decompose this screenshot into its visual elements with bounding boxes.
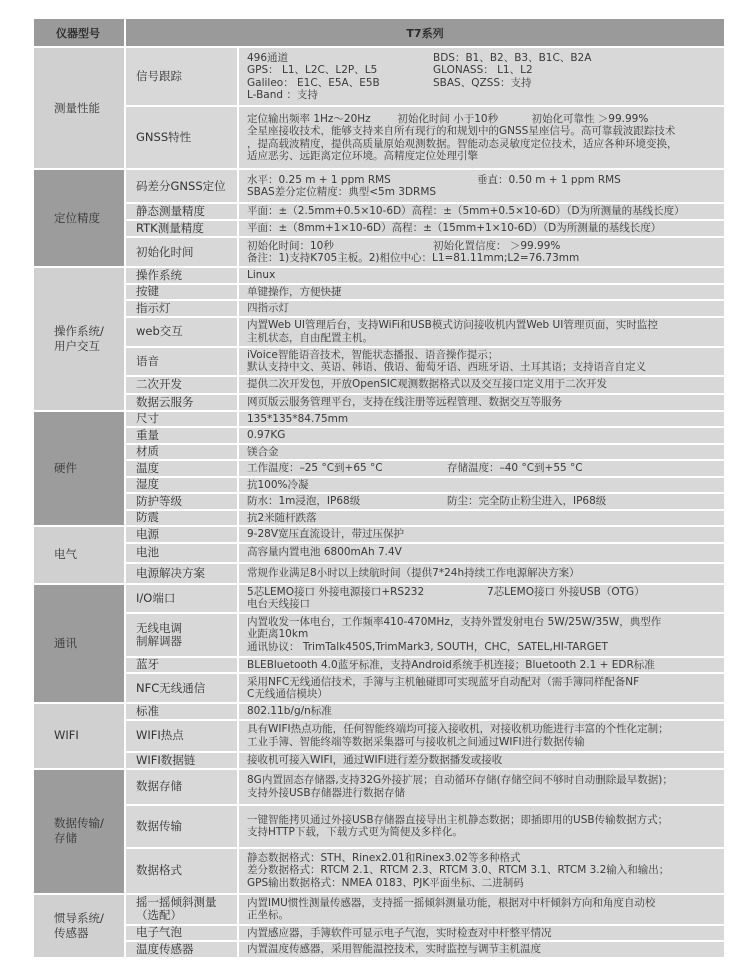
- table-row: 通讯I/O端口5芯LEMO接口 外接电源接口+RS2327芯LEMO接口 外接U…: [33, 584, 725, 613]
- table-row: 防震抗2米随杆跌落: [33, 510, 725, 527]
- table-row: 温度工作温度：–25 °C到+65 °C存储温度：–40 °C到+55 °C: [33, 460, 725, 477]
- spec-value: 135*135*84.75mm: [238, 411, 725, 428]
- spec-value-line: 定位输出频率 1Hz～20Hz 初始化时间 小于10秒 初始化可靠性 ＞99.9…: [247, 113, 718, 126]
- spec-label: 指示灯: [125, 300, 238, 317]
- spec-value: 平面：±（2.5mm+0.5×10-6D）高程：±（5mm+0.5×10-6D）…: [238, 203, 725, 220]
- table-row: 数据传输一键智能拷贝通过外接USB存储器直接导出主机静态数据；即插即用的USB传…: [33, 805, 725, 848]
- spec-value-line: 9-28V宽压直流设计，带过压保护: [247, 528, 718, 541]
- category-cell: WIFI: [33, 703, 125, 769]
- spec-value-col1: 工作温度：–25 °C到+65 °C: [247, 462, 447, 475]
- spec-label: 数据格式: [125, 848, 238, 894]
- spec-value-line: 8G内置固态存储器,支持32G外接扩展；自动循环存储(存储空间不够时自动删除最早…: [247, 774, 718, 787]
- table-row: 惯导系统/ 传感器摇一摇倾斜测量 （选配）内置IMU惯性测量传感器，支持摇一摇倾…: [33, 894, 725, 925]
- spec-value-line: L-Band ：支持: [247, 89, 718, 102]
- table-row: 测量性能信号跟踪496通道BDS：B1、B2、B3、B1C、B2AGPS： L1…: [33, 47, 725, 106]
- spec-value-line: 一键智能拷贝通过外接USB存储器直接导出主机静态数据；即插即用的USB传输数据方…: [247, 814, 718, 827]
- category-cell: 惯导系统/ 传感器: [33, 894, 125, 959]
- spec-label: I/O端口: [125, 584, 238, 613]
- spec-value-line: 单键操作，方便快捷: [247, 286, 718, 299]
- table-row: 电气电源9-28V宽压直流设计，带过压保护: [33, 526, 725, 543]
- spec-value: 高容量内置电池 6800mAh 7.4V: [238, 543, 725, 563]
- spec-value-line: 496通道BDS：B1、B2、B3、B1C、B2A: [247, 52, 718, 65]
- spec-value-line: iVoice智能语音技术，智能状态播报、语音操作提示；: [247, 349, 718, 362]
- spec-value: 初始化时间：10秒初始化置信度： ＞99.99%备注：1)支持K705主板。2)…: [238, 237, 725, 267]
- spec-value-line: 采用NFC无线通信技术，手簿与主机触碰即可实现蓝牙自动配对（需手簿同样配备NF: [247, 676, 718, 689]
- spec-value-col1: Galileo： E1C、E5A、E5B: [247, 77, 433, 90]
- spec-label: 码差分GNSS定位: [125, 169, 238, 203]
- spec-label: 语音: [125, 347, 238, 376]
- spec-value-line: 平面：±（2.5mm+0.5×10-6D）高程：±（5mm+0.5×10-6D）…: [247, 205, 718, 218]
- spec-label: 信号跟踪: [125, 47, 238, 106]
- spec-label: 数据传输: [125, 805, 238, 848]
- spec-value: 常规作业满足8小时以上续航时间（提供7*24h持续工作电源解决方案）: [238, 563, 725, 584]
- spec-value-line: 防水：1m浸泡，IP68级防尘：完全防止粉尘进入，IP68级: [247, 495, 718, 508]
- spec-value-line: 内置Web UI管理后台，支持WiFi和USB模式访问接收机内置Web UI管理…: [247, 319, 718, 332]
- spec-value-line: ，提高载波精度，提供高质量原始观测数据。智能动态灵敏度定位技术，适应各种环境变换…: [247, 138, 718, 151]
- spec-value-line: 常规作业满足8小时以上续航时间（提供7*24h持续工作电源解决方案）: [247, 567, 718, 580]
- spec-value-line: 网页版云服务管理平台，支持在线注册等远程管理、数据交互等服务: [247, 396, 718, 409]
- spec-value-line: 抗100%冷凝: [247, 479, 718, 492]
- spec-label: 温度传感器: [125, 941, 238, 958]
- spec-value-col1: 水平：0.25 m + 1 ppm RMS: [247, 174, 477, 187]
- spec-label: 电源: [125, 526, 238, 543]
- spec-value-line: 通讯协议： TrimTalk450S,TrimMark3, SOUTH，CHC，…: [247, 641, 718, 654]
- spec-label: WIFI热点: [125, 720, 238, 752]
- spec-label: 蓝牙: [125, 657, 238, 674]
- spec-value-col1: 5芯LEMO接口 外接电源接口+RS232: [247, 586, 487, 599]
- spec-label: 初始化时间: [125, 237, 238, 267]
- table-row: 二次开发提供二次开发包，开放OpenSIC观测数据格式以及交互接口定义用于二次开…: [33, 376, 725, 394]
- table-row: 电子气泡内置感应器，手簿软件可显示电子气泡，实时检查对中杆整平情况: [33, 925, 725, 942]
- spec-value-line: C无线通信模块）: [247, 688, 718, 701]
- table-row: 数据云服务网页版云服务管理平台，支持在线注册等远程管理、数据交互等服务: [33, 394, 725, 411]
- spec-value: 单键操作，方便快捷: [238, 284, 725, 301]
- spec-value-line: 镁合金: [247, 446, 718, 459]
- table-row: 数据格式静态数据格式：STH、Rinex2.01和Rinex3.02等多种格式差…: [33, 848, 725, 894]
- table-row: 定位精度码差分GNSS定位水平：0.25 m + 1 ppm RMS垂直：0.5…: [33, 169, 725, 203]
- table-row: WIFI热点具有WIFI热点功能，任何智能终端均可接入接收机，对接收机功能进行丰…: [33, 720, 725, 752]
- spec-value-line: 抗2米随杆跌落: [247, 512, 718, 525]
- table-row: 无线电调 制解调器内置收发一体电台，工作频率410-470MHz，支持外置发射电…: [33, 613, 725, 657]
- spec-label: 电子气泡: [125, 925, 238, 942]
- spec-value-line: 全星座接收技术，能够支持来自所有现行的和规划中的GNSS星座信号。高可靠载波跟踪…: [247, 125, 718, 138]
- spec-label: 防护等级: [125, 493, 238, 510]
- spec-value-line: 工业手簿、智能终端等数据采集器可与接收机之间通过WIFI进行数据传输: [247, 736, 718, 749]
- spec-value: 四指示灯: [238, 300, 725, 317]
- table-row: web交互内置Web UI管理后台，支持WiFi和USB模式访问接收机内置Web…: [33, 317, 725, 347]
- table-row: GNSS特性定位输出频率 1Hz～20Hz 初始化时间 小于10秒 初始化可靠性…: [33, 106, 725, 169]
- spec-value: 采用NFC无线通信技术，手簿与主机触碰即可实现蓝牙自动配对（需手簿同样配备NFC…: [238, 673, 725, 703]
- header-series: T7系列: [125, 18, 725, 47]
- table-row: 温度传感器内置温度传感器，采用智能温控技术，实时监控与调节主机温度: [33, 941, 725, 958]
- spec-label: 湿度: [125, 477, 238, 494]
- spec-value-line: 工作温度：–25 °C到+65 °C存储温度：–40 °C到+55 °C: [247, 462, 718, 475]
- spec-label: 数据存储: [125, 769, 238, 805]
- spec-value-line: 备注：1)支持K705主板。2)相位中心：L1=81.11mm;L2=76.73…: [247, 252, 718, 265]
- spec-value-line: SBAS差分定位精度：典型<5m 3DRMS: [247, 186, 718, 199]
- header-model-label: 仪器型号: [33, 18, 125, 47]
- table-header: 仪器型号 T7系列: [33, 18, 725, 47]
- table-row: 蓝牙BLEBluetooth 4.0蓝牙标准，支持Android系统手机连接；B…: [33, 657, 725, 674]
- spec-value: 具有WIFI热点功能，任何智能终端均可接入接收机，对接收机功能进行丰富的个性化定…: [238, 720, 725, 752]
- spec-label: 电池: [125, 543, 238, 563]
- table-row: 数据传输/ 存储数据存储8G内置固态存储器,支持32G外接扩展；自动循环存储(存…: [33, 769, 725, 805]
- spec-label: web交互: [125, 317, 238, 347]
- spec-value: 静态数据格式：STH、Rinex2.01和Rinex3.02等多种格式差分数据格…: [238, 848, 725, 894]
- spec-value-line: BLEBluetooth 4.0蓝牙标准，支持Android系统手机连接；Blu…: [247, 659, 718, 672]
- spec-table: 仪器型号 T7系列 测量性能信号跟踪496通道BDS：B1、B2、B3、B1C、…: [32, 17, 726, 959]
- spec-value-line: 0.97KG: [247, 429, 718, 442]
- table-row: 重量0.97KG: [33, 427, 725, 444]
- spec-value: 工作温度：–25 °C到+65 °C存储温度：–40 °C到+55 °C: [238, 460, 725, 477]
- table-row: 湿度抗100%冷凝: [33, 477, 725, 494]
- spec-value: 防水：1m浸泡，IP68级防尘：完全防止粉尘进入，IP68级: [238, 493, 725, 510]
- table-row: 按键单键操作，方便快捷: [33, 284, 725, 301]
- spec-value-line: 差分数据格式：RTCM 2.1、RTCM 2.3、RTCM 3.0、RTCM 3…: [247, 864, 718, 877]
- table-row: 语音iVoice智能语音技术，智能状态播报、语音操作提示；默认支持中文、英语、韩…: [33, 347, 725, 376]
- spec-value-line: 具有WIFI热点功能，任何智能终端均可接入接收机，对接收机功能进行丰富的个性化定…: [247, 723, 718, 736]
- spec-label: 重量: [125, 427, 238, 444]
- spec-label: 电源解决方案: [125, 563, 238, 584]
- category-cell: 测量性能: [33, 47, 125, 169]
- spec-value-line: 内置感应器，手簿软件可显示电子气泡，实时检查对中杆整平情况: [247, 927, 718, 940]
- spec-value-line: 提供二次开发包，开放OpenSIC观测数据格式以及交互接口定义用于二次开发: [247, 378, 718, 391]
- spec-value-col1: 初始化时间：10秒: [247, 240, 433, 253]
- spec-label: WIFI数据链: [125, 752, 238, 769]
- spec-value: Linux: [238, 267, 725, 284]
- spec-value: 水平：0.25 m + 1 ppm RMS垂直：0.50 m + 1 ppm R…: [238, 169, 725, 203]
- spec-value: 内置Web UI管理后台，支持WiFi和USB模式访问接收机内置Web UI管理…: [238, 317, 725, 347]
- table-row: WIFI数据链接收机可接入WIFI，通过WIFI进行差分数据播发或接收: [33, 752, 725, 769]
- spec-value-col2: SBAS、QZSS：支持: [433, 77, 532, 89]
- spec-value-line: 平面：±（8mm+1×10-6D）高程：±（15mm+1×10-6D）（D为所测…: [247, 222, 718, 235]
- spec-label: 摇一摇倾斜测量 （选配）: [125, 894, 238, 925]
- category-cell: 数据传输/ 存储: [33, 769, 125, 894]
- spec-value-line: 接收机可接入WIFI，通过WIFI进行差分数据播发或接收: [247, 754, 718, 767]
- spec-value: 0.97KG: [238, 427, 725, 444]
- spec-value: 定位输出频率 1Hz～20Hz 初始化时间 小于10秒 初始化可靠性 ＞99.9…: [238, 106, 725, 169]
- spec-label: 材质: [125, 444, 238, 461]
- spec-value-line: 内置收发一体电台，工作频率410-470MHz，支持外置发射电台 5W/25W/…: [247, 616, 718, 629]
- spec-value-line: 默认支持中文、英语、韩语、俄语、葡萄牙语、西班牙语、土耳其语；支持语音自定义: [247, 361, 718, 374]
- category-cell: 硬件: [33, 411, 125, 527]
- spec-value-line: 内置IMU惯性测量传感器，支持摇一摇倾斜测量功能，根据对中杆倾斜方向和角度自动校: [247, 897, 718, 910]
- spec-value-line: 内置温度传感器，采用智能温控技术，实时监控与调节主机温度: [247, 943, 718, 956]
- spec-label: 标准: [125, 703, 238, 720]
- spec-value: 5芯LEMO接口 外接电源接口+RS2327芯LEMO接口 外接USB（OTG）…: [238, 584, 725, 613]
- spec-value-col2: 防尘：完全防止粉尘进入，IP68级: [447, 495, 606, 507]
- spec-value-col2: GLONASS： L1、L2: [433, 64, 533, 76]
- spec-value-line: 水平：0.25 m + 1 ppm RMS垂直：0.50 m + 1 ppm R…: [247, 174, 718, 187]
- spec-value-line: GPS输出数据格式：NMEA 0183、PJK平面坐标、二进制码: [247, 877, 718, 890]
- spec-label: 温度: [125, 460, 238, 477]
- spec-label: 按键: [125, 284, 238, 301]
- table-row: 材质镁合金: [33, 444, 725, 461]
- spec-value-line: Galileo： E1C、E5A、E5BSBAS、QZSS：支持: [247, 77, 718, 90]
- spec-value-col2: 存储温度：–40 °C到+55 °C: [447, 462, 583, 474]
- table-row: RTK测量精度平面：±（8mm+1×10-6D）高程：±（15mm+1×10-6…: [33, 220, 725, 237]
- spec-value: 网页版云服务管理平台，支持在线注册等远程管理、数据交互等服务: [238, 394, 725, 411]
- spec-value-line: 支持外接USB存储器进行数据存储: [247, 787, 718, 800]
- spec-value: 内置感应器，手簿软件可显示电子气泡，实时检查对中杆整平情况: [238, 925, 725, 942]
- spec-value-col1: 防水：1m浸泡，IP68级: [247, 495, 447, 508]
- spec-value-line: 主机状态，自由配置主机。: [247, 332, 718, 345]
- table-row: 电池高容量内置电池 6800mAh 7.4V: [33, 543, 725, 563]
- spec-value-line: 5芯LEMO接口 外接电源接口+RS2327芯LEMO接口 外接USB（OTG）: [247, 586, 718, 599]
- spec-value-line: 适应恶劣、远距离定位环境。高精度定位处理引擎: [247, 150, 718, 163]
- category-cell: 定位精度: [33, 169, 125, 267]
- spec-value-line: 初始化时间：10秒初始化置信度： ＞99.99%: [247, 240, 718, 253]
- table-row: 初始化时间初始化时间：10秒初始化置信度： ＞99.99%备注：1)支持K705…: [33, 237, 725, 267]
- table-row: 硬件尺寸135*135*84.75mm: [33, 411, 725, 428]
- spec-value-line: 135*135*84.75mm: [247, 413, 718, 426]
- spec-value: 9-28V宽压直流设计，带过压保护: [238, 526, 725, 543]
- spec-value: 内置收发一体电台，工作频率410-470MHz，支持外置发射电台 5W/25W/…: [238, 613, 725, 657]
- spec-value-line: 静态数据格式：STH、Rinex2.01和Rinex3.02等多种格式: [247, 852, 718, 865]
- spec-value: 内置IMU惯性测量传感器，支持摇一摇倾斜测量功能，根据对中杆倾斜方向和角度自动校…: [238, 894, 725, 925]
- table-row: NFC无线通信采用NFC无线通信技术，手簿与主机触碰即可实现蓝牙自动配对（需手簿…: [33, 673, 725, 703]
- spec-value: 496通道BDS：B1、B2、B3、B1C、B2AGPS： L1、L2C、L2P…: [238, 47, 725, 106]
- spec-value: 镁合金: [238, 444, 725, 461]
- spec-value-col2: 7芯LEMO接口 外接USB（OTG）: [487, 586, 645, 598]
- spec-label: GNSS特性: [125, 106, 238, 169]
- spec-value: 一键智能拷贝通过外接USB存储器直接导出主机静态数据；即插即用的USB传输数据方…: [238, 805, 725, 848]
- spec-value-col1: GPS： L1、L2C、L2P、L5: [247, 64, 433, 77]
- spec-value-col2: 初始化置信度： ＞99.99%: [433, 240, 560, 252]
- table-row: 操作系统/ 用户交互操作系统Linux: [33, 267, 725, 284]
- table-row: 指示灯四指示灯: [33, 300, 725, 317]
- spec-label: 二次开发: [125, 376, 238, 394]
- spec-label: 数据云服务: [125, 394, 238, 411]
- table-row: 防护等级防水：1m浸泡，IP68级防尘：完全防止粉尘进入，IP68级: [33, 493, 725, 510]
- spec-label: 尺寸: [125, 411, 238, 428]
- table-row: 电源解决方案常规作业满足8小时以上续航时间（提供7*24h持续工作电源解决方案）: [33, 563, 725, 584]
- spec-value-line: Linux: [247, 269, 718, 282]
- category-cell: 通讯: [33, 584, 125, 704]
- spec-label: NFC无线通信: [125, 673, 238, 703]
- spec-value: iVoice智能语音技术，智能状态播报、语音操作提示；默认支持中文、英语、韩语、…: [238, 347, 725, 376]
- spec-value: 接收机可接入WIFI，通过WIFI进行差分数据播发或接收: [238, 752, 725, 769]
- spec-value-line: 四指示灯: [247, 302, 718, 315]
- spec-body: 测量性能信号跟踪496通道BDS：B1、B2、B3、B1C、B2AGPS： L1…: [33, 47, 725, 958]
- spec-value: 内置温度传感器，采用智能温控技术，实时监控与调节主机温度: [238, 941, 725, 958]
- category-cell: 电气: [33, 526, 125, 584]
- spec-value-col2: 垂直：0.50 m + 1 ppm RMS: [477, 174, 621, 186]
- spec-value-line: 正坐标。: [247, 909, 718, 922]
- spec-value: 抗100%冷凝: [238, 477, 725, 494]
- spec-value-line: 业距离10km: [247, 628, 718, 641]
- spec-value-line: 802.11b/g/n标准: [247, 705, 718, 718]
- category-cell: 操作系统/ 用户交互: [33, 267, 125, 411]
- spec-value-line: 高容量内置电池 6800mAh 7.4V: [247, 546, 718, 559]
- spec-value: 802.11b/g/n标准: [238, 703, 725, 720]
- spec-value-col1: 496通道: [247, 52, 433, 65]
- spec-value: BLEBluetooth 4.0蓝牙标准，支持Android系统手机连接；Blu…: [238, 657, 725, 674]
- spec-label: 操作系统: [125, 267, 238, 284]
- spec-value-line: 支持HTTP下载，下载方式更为简便及多样化。: [247, 826, 718, 839]
- spec-label: 无线电调 制解调器: [125, 613, 238, 657]
- table-row: 静态测量精度平面：±（2.5mm+0.5×10-6D）高程：±（5mm+0.5×…: [33, 203, 725, 220]
- spec-value: 提供二次开发包，开放OpenSIC观测数据格式以及交互接口定义用于二次开发: [238, 376, 725, 394]
- spec-value-col2: BDS：B1、B2、B3、B1C、B2A: [433, 52, 591, 64]
- table-row: WIFI标准802.11b/g/n标准: [33, 703, 725, 720]
- spec-value: 8G内置固态存储器,支持32G外接扩展；自动循环存储(存储空间不够时自动删除最早…: [238, 769, 725, 805]
- spec-value: 平面：±（8mm+1×10-6D）高程：±（15mm+1×10-6D）（D为所测…: [238, 220, 725, 237]
- spec-value: 抗2米随杆跌落: [238, 510, 725, 527]
- spec-label: 静态测量精度: [125, 203, 238, 220]
- spec-value-line: 电台天线接口: [247, 598, 718, 611]
- spec-label: RTK测量精度: [125, 220, 238, 237]
- spec-value-line: GPS： L1、L2C、L2P、L5GLONASS： L1、L2: [247, 64, 718, 77]
- spec-label: 防震: [125, 510, 238, 527]
